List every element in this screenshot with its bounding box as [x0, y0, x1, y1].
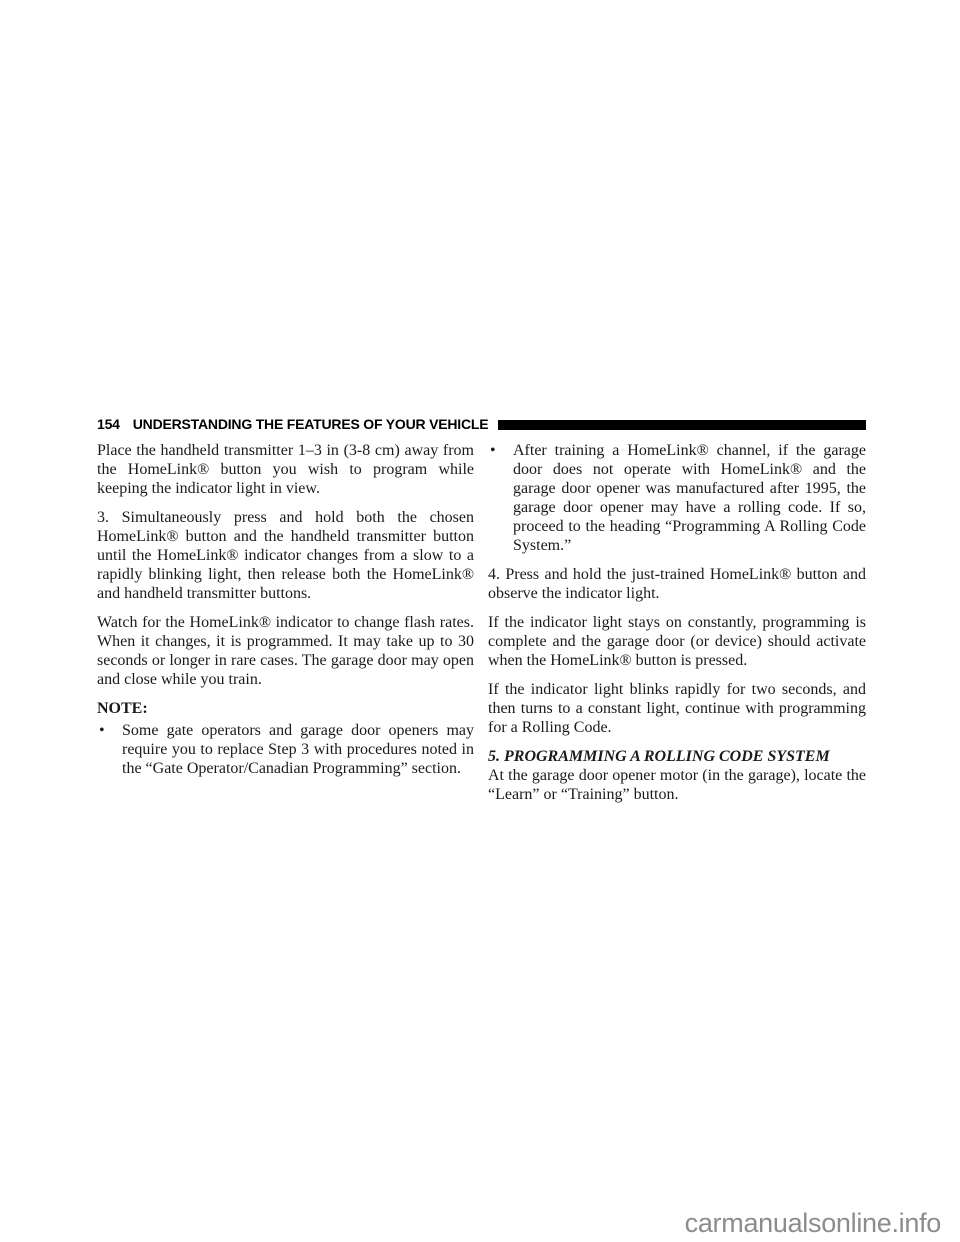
paragraph-step-3: 3. Simultaneously press and hold both th…	[97, 508, 474, 603]
bullet-icon: •	[99, 721, 105, 740]
right-column: • After training a HomeLink® channel, if…	[488, 441, 866, 814]
header-rule-bar	[498, 420, 866, 430]
section-heading-rolling-code: 5. PROGRAMMING A ROLLING CODE SYSTEM	[488, 747, 866, 766]
list-item-text: Some gate operators and garage door open…	[122, 722, 474, 777]
page-header: 154 UNDERSTANDING THE FEATURES OF YOUR V…	[97, 416, 866, 432]
list-item-text: After training a HomeLink® channel, if t…	[513, 442, 866, 554]
paragraph-indicator-blinks: If the indicator light blinks rapidly fo…	[488, 680, 866, 737]
paragraph-place-transmitter: Place the handheld transmitter 1–3 in (3…	[97, 441, 474, 498]
paragraph-step-4: 4. Press and hold the just-trained HomeL…	[488, 565, 866, 603]
bullet-icon: •	[490, 441, 496, 460]
page-number: 154	[97, 416, 120, 432]
left-column: Place the handheld transmitter 1–3 in (3…	[97, 441, 474, 788]
paragraph-watch-indicator: Watch for the HomeLink® indicator to cha…	[97, 613, 474, 689]
paragraph-indicator-constant: If the indicator light stays on constant…	[488, 613, 866, 670]
paragraph-locate-learn-button: At the garage door opener motor (in the …	[488, 766, 866, 804]
list-item-after-training: • After training a HomeLink® channel, if…	[488, 441, 866, 555]
chapter-title: UNDERSTANDING THE FEATURES OF YOUR VEHIC…	[133, 416, 489, 432]
manual-page: 154 UNDERSTANDING THE FEATURES OF YOUR V…	[0, 0, 960, 1242]
list-item-gate-operators: • Some gate operators and garage door op…	[97, 721, 474, 778]
watermark: carmanualsonline.info	[685, 1208, 941, 1239]
note-heading: NOTE:	[97, 699, 474, 718]
